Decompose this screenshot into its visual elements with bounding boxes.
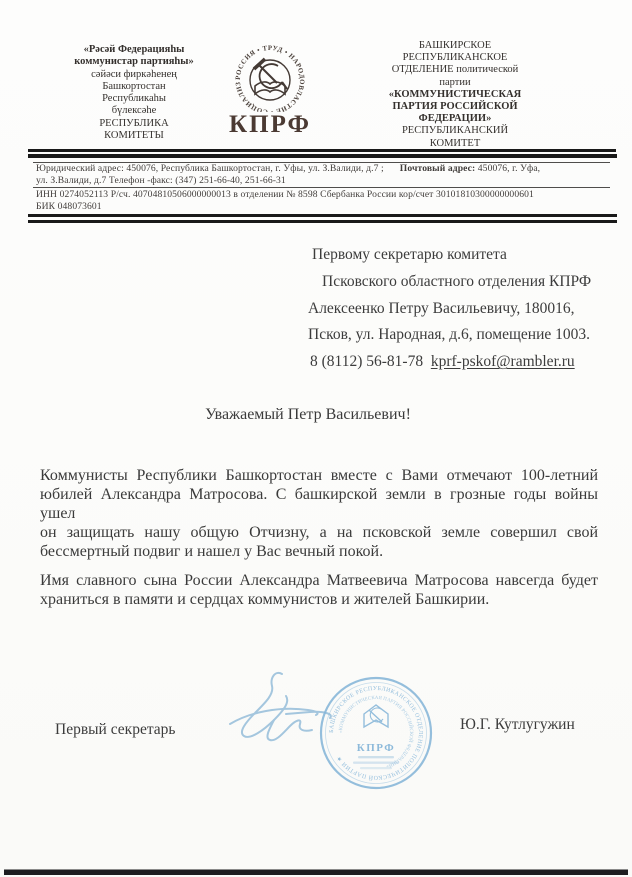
- letterhead-line: Республикаһы: [38, 93, 230, 105]
- divider-thick-top-1: [28, 149, 616, 152]
- stamp-icon: БАШКИРСКОЕ РЕСПУБЛИКАНСКОЕ ОТДЕЛЕНИЕ ПОЛ…: [317, 674, 435, 792]
- recipient-block: Первому секретарю комитета Псковского об…: [308, 242, 591, 376]
- letterhead-line: БАШКИРСКОЕ: [352, 40, 558, 52]
- address-line-1: Юридический адрес: 450076, Республика Ба…: [36, 163, 614, 175]
- letterhead-line: «КОММУНИСТИЧЕСКАЯ: [352, 89, 558, 101]
- letterhead-line: «Рәсәй Федерацияһы: [38, 44, 230, 56]
- letterhead-line: Башкортостан: [38, 81, 230, 93]
- letterhead-line: ПАРТИЯ РОССИЙСКОЙ: [352, 101, 558, 113]
- letterhead-line: ФЕДЕРАЦИИ»: [352, 113, 558, 125]
- divider-thin-2: [33, 187, 610, 188]
- letterhead-line: бүлексәһе: [38, 105, 230, 117]
- recipient-line: Первому секретарю комитета: [312, 242, 591, 269]
- scanned-letter-page: «Рәсәй Федерацияһы коммунистар партияһы»…: [0, 0, 632, 877]
- postal-address-label: Почтовый адрес:: [400, 163, 475, 174]
- bank-line-2: БИК 048073601: [36, 201, 614, 213]
- recipient-line: Алексеенко Петру Васильевичу, 180016,: [308, 296, 591, 323]
- kprf-acronym: КПРФ: [218, 113, 322, 137]
- letterhead-line: РЕСПУБЛИКА: [38, 118, 230, 130]
- letterhead-right-column: БАШКИРСКОЕ РЕСПУБЛИКАНСКОЕ ОТДЕЛЕНИЕ пол…: [352, 40, 558, 150]
- body-line: бессмертный подвиг и нашел у Вас вечный …: [40, 542, 598, 561]
- legal-address-label: Юридический адрес:: [36, 163, 124, 174]
- letterhead-line: КОМИТЕТ: [352, 138, 558, 150]
- letterhead-line: РЕСПУБЛИКАНСКОЕ: [352, 52, 558, 64]
- postal-address-value: 450076, г. Уфа,: [478, 163, 540, 174]
- svg-text:РОССИЯ • ТРУД • НАРОДОВЛАСТИЕ: РОССИЯ • ТРУД • НАРОДОВЛАСТИЕ • СОЦИАЛИЗ…: [218, 38, 305, 112]
- body-line: храниться в памяти и сердцах коммунистов…: [40, 590, 598, 609]
- divider-thick-bottom-2: [28, 220, 617, 223]
- scan-edge-line: [4, 869, 628, 875]
- svg-text:КПРФ: КПРФ: [357, 742, 396, 754]
- recipient-line: Псковского областного отделения КПРФ: [322, 269, 591, 296]
- kprf-emblem-icon: РОССИЯ • ТРУД • НАРОДОВЛАСТИЕ • СОЦИАЛИЗ…: [218, 38, 322, 112]
- letterhead-line: КОМИТЕТЫ: [38, 130, 230, 142]
- divider-thick-bottom-1: [28, 214, 617, 217]
- body-line: Коммунисты Республики Башкортостан вмест…: [40, 466, 598, 485]
- letter-body: Коммунисты Республики Башкортостан вмест…: [40, 466, 598, 609]
- paragraph-2: Имя славного сына России Александра Матв…: [40, 571, 598, 609]
- bank-line-1: ИНН 0274052113 Р/сч. 4070481050600000001…: [36, 189, 614, 201]
- letterhead-line: коммунистар партияһы»: [38, 56, 230, 68]
- letterhead-left-column: «Рәсәй Федерацияһы коммунистар партияһы»…: [38, 44, 230, 142]
- paragraph-1: Коммунисты Республики Башкортостан вмест…: [40, 466, 598, 561]
- recipient-contacts: 8 (8112) 56-81-78 kprf-pskof@rambler.ru: [310, 349, 591, 376]
- kprf-logo: РОССИЯ • ТРУД • НАРОДОВЛАСТИЕ • СОЦИАЛИЗ…: [218, 38, 322, 137]
- body-line: он защищать нашу общую Отчизну, а на пск…: [40, 523, 598, 542]
- body-line: Имя славного сына России Александра Матв…: [40, 571, 598, 590]
- body-line: юбилей Александра Матросова. С башкирско…: [40, 485, 598, 523]
- signer-title: Первый секретарь: [55, 721, 176, 739]
- divider-thick-top-2: [28, 154, 617, 158]
- signer-name: Ю.Г. Кутлугужин: [460, 716, 575, 734]
- bank-details: ИНН 0274052113 Р/сч. 4070481050600000001…: [36, 189, 614, 213]
- recipient-email: kprf-pskof@rambler.ru: [431, 353, 575, 370]
- address-bar: Юридический адрес: 450076, Республика Ба…: [36, 163, 614, 187]
- recipient-line: Псков, ул. Народная, д.6, помещение 1003…: [308, 322, 591, 349]
- letterhead-line: РЕСПУБЛИКАНСКИЙ: [352, 125, 558, 137]
- salutation: Уважаемый Петр Васильевич!: [0, 406, 624, 424]
- round-stamp: БАШКИРСКОЕ РЕСПУБЛИКАНСКОЕ ОТДЕЛЕНИЕ ПОЛ…: [317, 674, 435, 797]
- letterhead-line: сәйәси фиркәһенең: [38, 69, 230, 81]
- address-line-2: ул. З.Валиди, д.7 Телефон -факс: (347) 2…: [36, 175, 614, 187]
- letterhead-line: ОТДЕЛЕНИЕ политической: [352, 64, 558, 76]
- legal-address-value: 450076, Республика Башкортостан, г. Уфы,…: [126, 163, 383, 174]
- letterhead-line: партии: [352, 77, 558, 89]
- recipient-phone: 8 (8112) 56-81-78: [310, 353, 423, 370]
